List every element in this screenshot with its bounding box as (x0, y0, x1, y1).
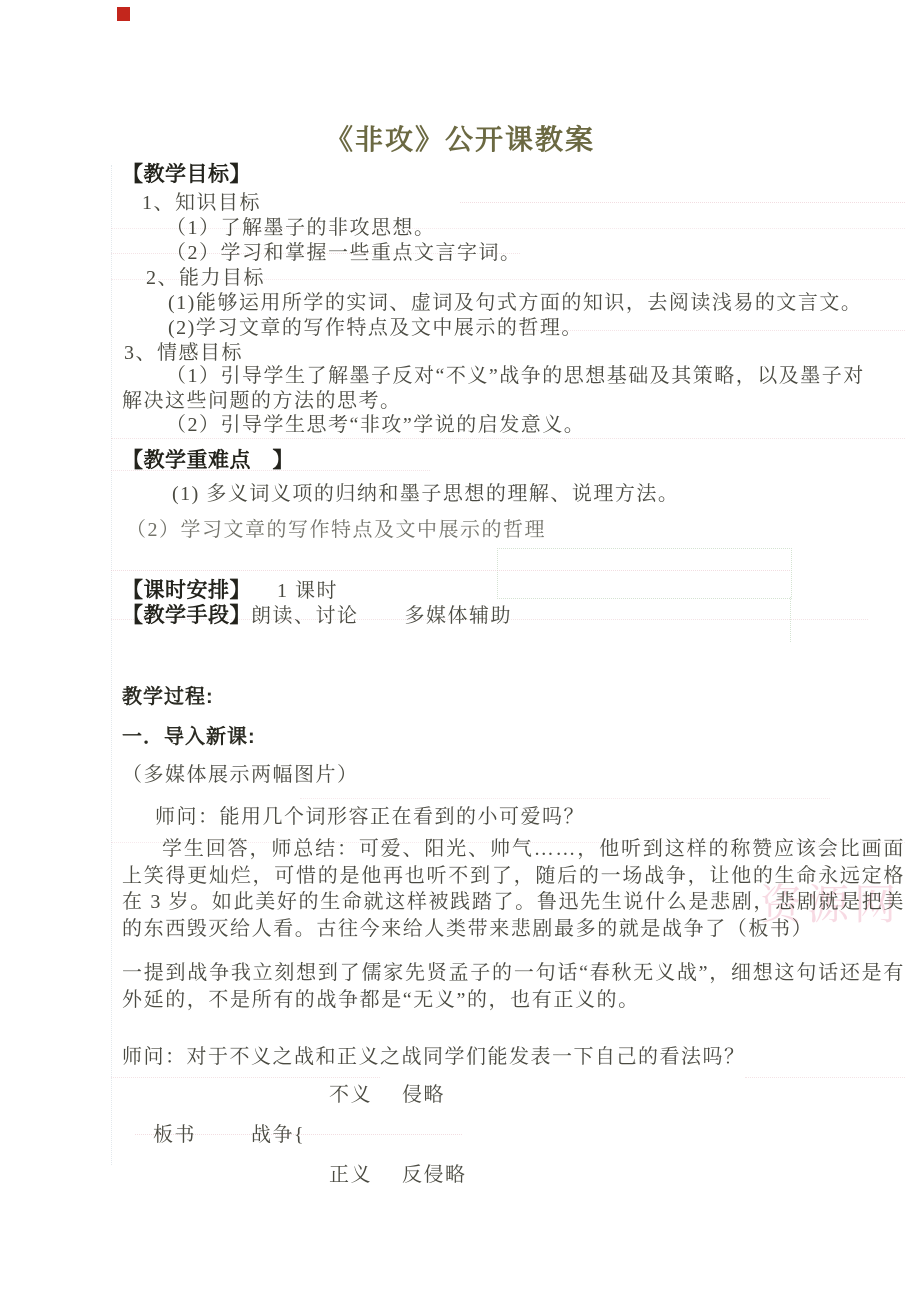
board-label: 板书 (153, 1118, 196, 1147)
board-subject: 战争{ (251, 1118, 305, 1147)
process-heading: 教学过程: (122, 680, 214, 709)
objective-item: （2）引导学生思考“非攻”学说的启发意义。 (166, 408, 585, 437)
methods-label: 【教学手段】 (122, 604, 251, 627)
methods-row: 【教学手段】朗读、讨论多媒体辅助 (122, 599, 512, 629)
document-page: 资源网 《非攻》公开课教案 【教学目标】 1、知识目标 （1）了解墨子的非攻思想… (0, 0, 920, 1302)
teacher-question-2: 师问：对于不义之战和正义之战同学们能发表一下自己的看法吗？ (122, 1040, 746, 1069)
objectives-heading: 【教学目标】 (122, 158, 251, 188)
scan-artifact-vline (111, 165, 112, 1165)
board-top-left: 不义 (329, 1084, 372, 1106)
board-top-right: 侵略 (402, 1084, 445, 1106)
methods-value-1: 朗读、讨论 (251, 605, 359, 627)
teacher-question-1: 师问：能用几个词形容正在看到的小可爱吗？ (155, 800, 585, 829)
lead-in-heading: 一．导入新课: (122, 720, 256, 749)
board-row-bottom: 正义反侵略 (329, 1158, 467, 1187)
paragraph-2: 一提到战争我立刻想到了儒家先贤孟子的一句话“春秋无义战”，细想这句话还是有外延的… (122, 960, 905, 1013)
methods-value-2: 多媒体辅助 (405, 605, 513, 627)
board-row-top: 不义侵略 (329, 1078, 445, 1107)
media-note: （多媒体展示两幅图片） (122, 758, 359, 787)
key-point-item: (1) 多义词义项的归纳和墨子思想的理解、说理方法。 (172, 477, 679, 506)
board-bottom-right: 反侵略 (402, 1164, 467, 1186)
board-bottom-left: 正义 (329, 1164, 372, 1186)
key-points-heading: 【教学重难点 】 (122, 444, 294, 474)
content-column: 【教学目标】 1、知识目标 （1）了解墨子的非攻思想。 （2）学习和掌握一些重点… (122, 0, 905, 1302)
key-point-item: （2）学习文章的写作特点及文中展示的哲理 (126, 513, 546, 542)
paragraph-1: 学生回答，师总结：可爱、阳光、帅气……，他听到这样的称赞应该会比画面上笑得更灿烂… (122, 836, 905, 942)
